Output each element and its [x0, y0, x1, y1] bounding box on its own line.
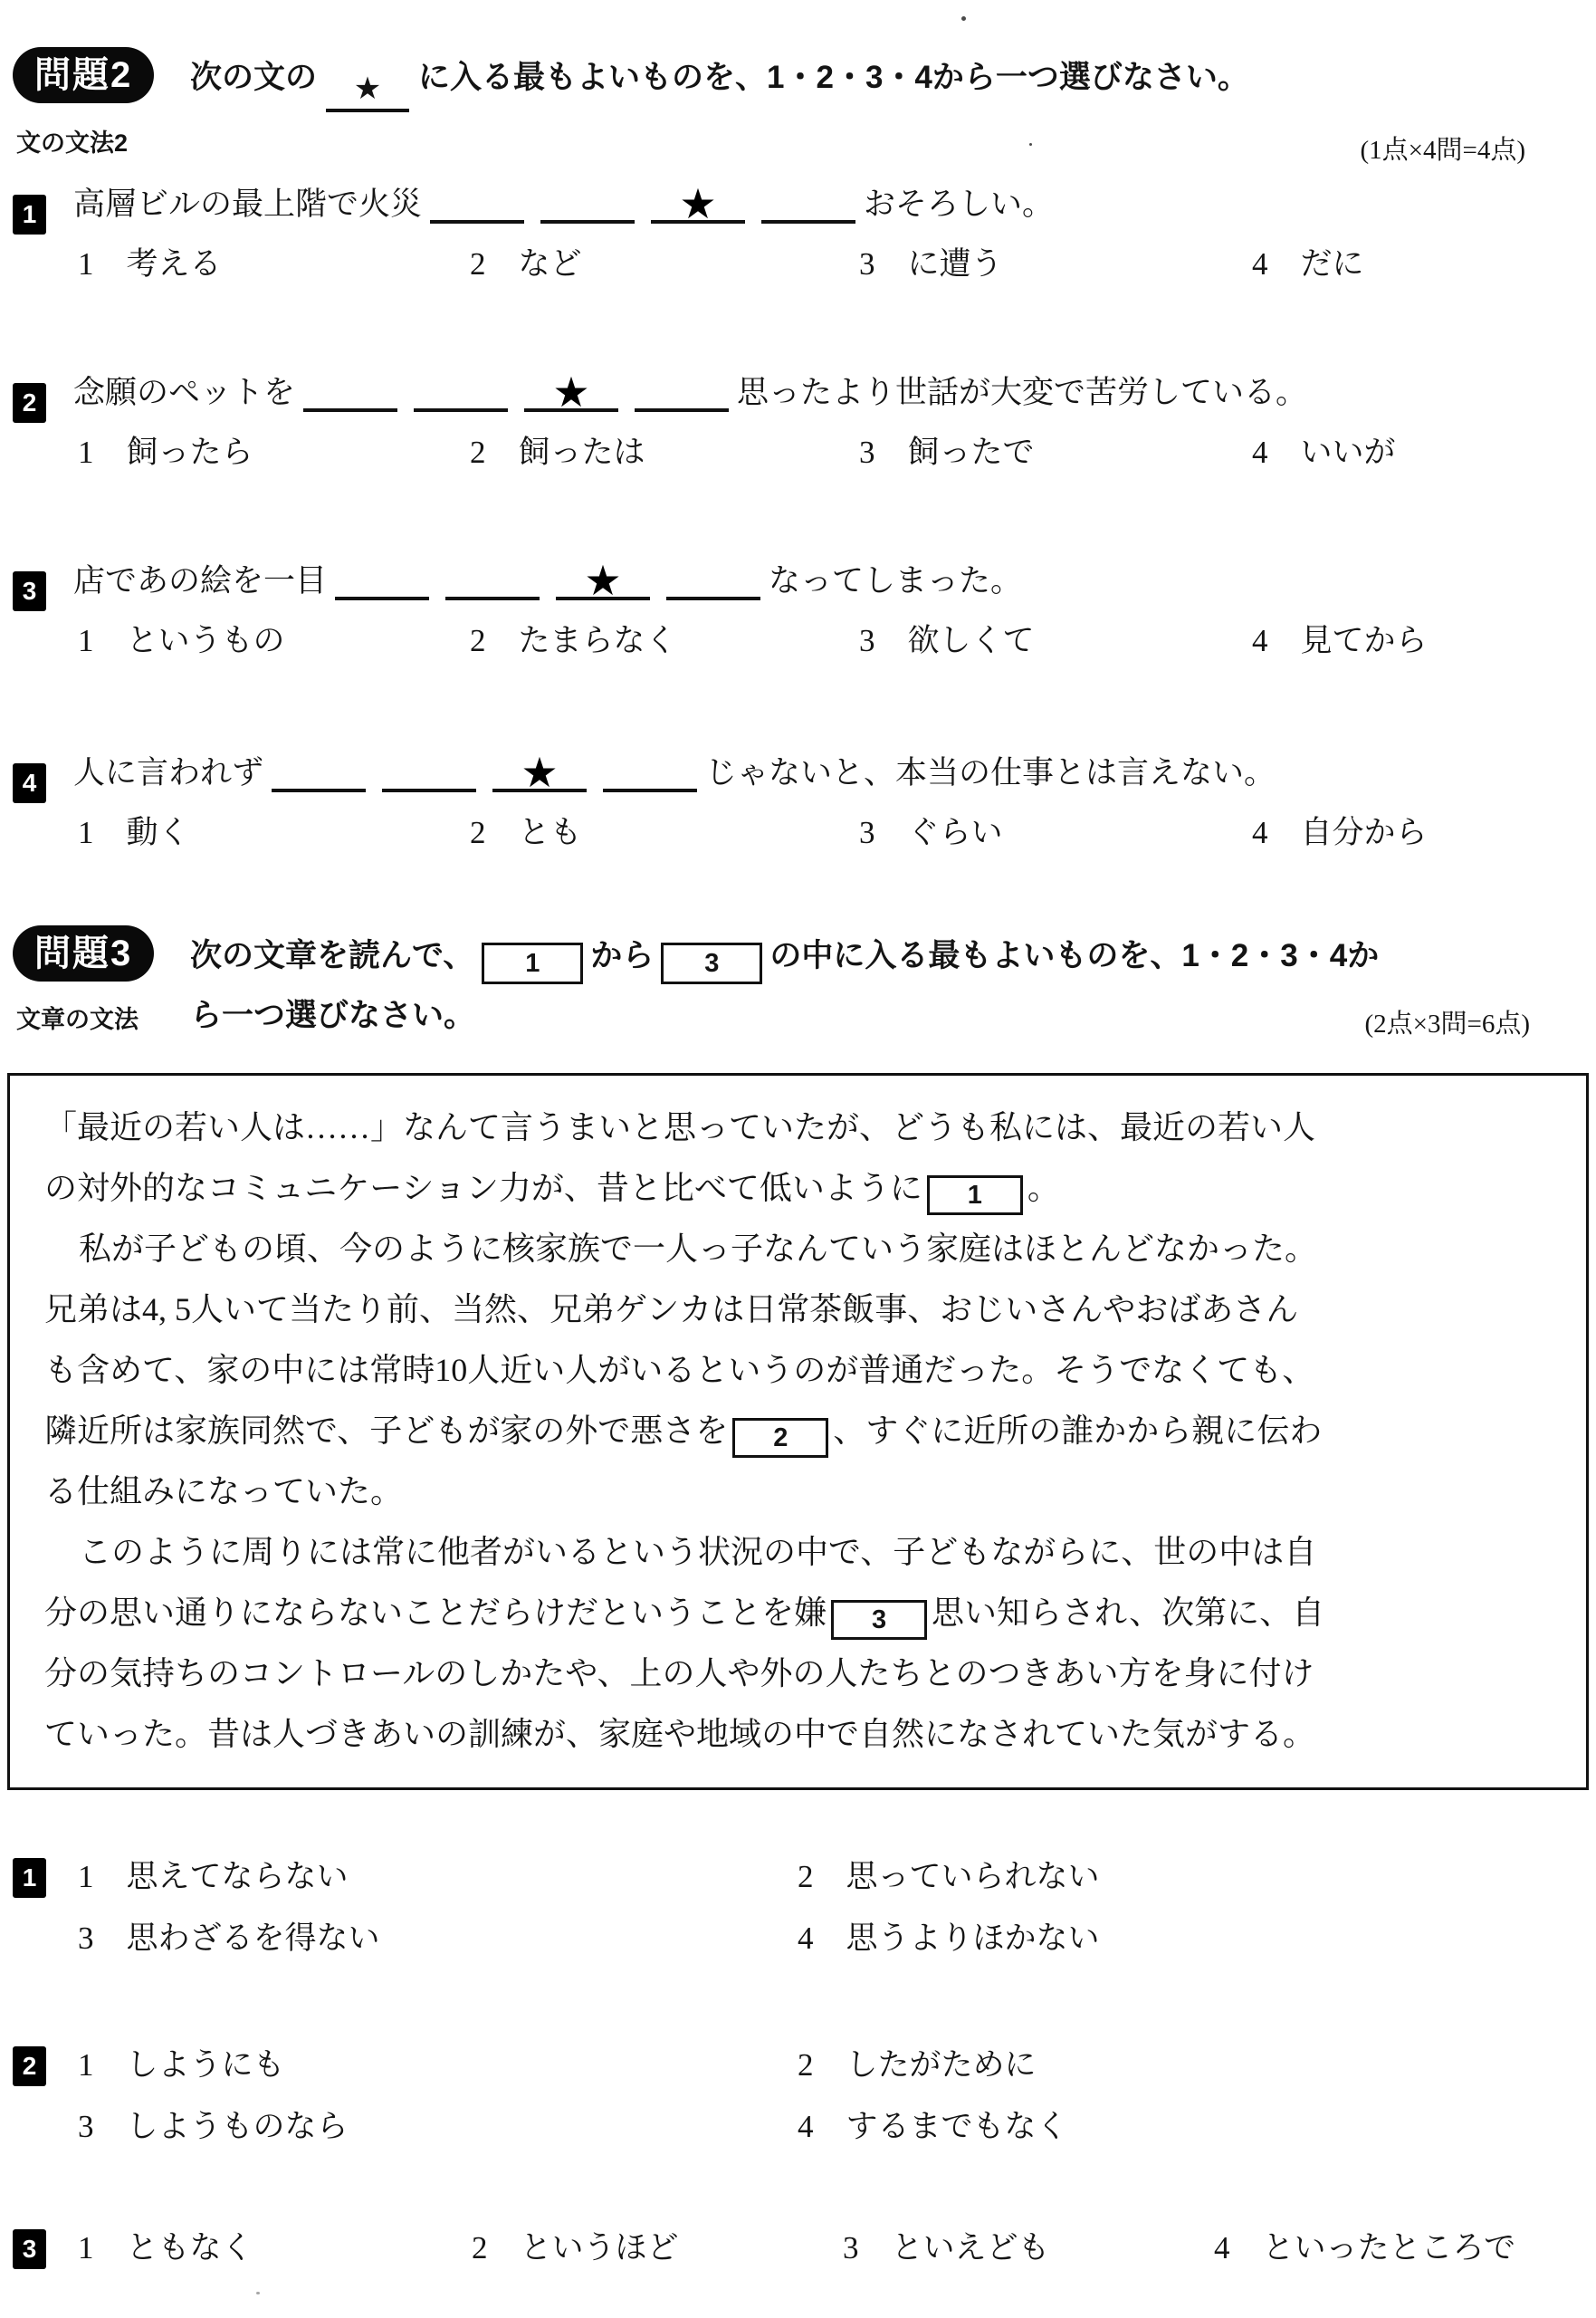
option: 3飼ったで	[859, 431, 1252, 474]
option-number: 2	[470, 243, 486, 286]
passage-segment: 。	[1027, 1170, 1060, 1206]
problem3-instruction-c: の中に入る最もよいものを、1・2・3・4か	[769, 938, 1379, 973]
passage-line: 隣近所は家族同然で、子どもが家の外で悪さを2、すぐに近所の誰かから親に伝わ	[44, 1401, 1559, 1461]
option-number: 3	[859, 431, 875, 474]
option-number: 4	[1214, 2227, 1230, 2269]
option: 2たまらなく	[470, 619, 859, 663]
option: 4自分から	[1252, 811, 1428, 855]
sentence-post: じゃないと、本当の仕事とは言えない。	[705, 755, 1276, 790]
passage-segment: る仕組みになっていた。	[44, 1473, 403, 1509]
option: 2というほど	[472, 2227, 843, 2269]
sentence-post: なってしまった。	[769, 563, 1022, 599]
star-icon: ★	[354, 72, 381, 106]
answer-blank	[540, 182, 635, 224]
star-icon: ★	[584, 560, 621, 602]
passage-segment: ていった。昔は人づきあいの訓練が、家庭や地域の中で自然になされていた気がする。	[44, 1716, 1315, 1752]
range-from-box: 1	[482, 943, 583, 984]
option: 2思っていられない	[798, 1856, 1100, 1898]
passage-segment: 「最近の若い人は……」なんて言うまいと思っていたが、どうも私には、最近の若い人	[44, 1109, 1315, 1145]
answer-blank	[335, 559, 429, 600]
problem3-instruction-a: 次の文章を読んで、	[190, 938, 474, 973]
passage-segment: このように周りには常に他者がいるという状況の中で、子どもながらに、世の中は自	[79, 1534, 1316, 1570]
question-1: 1高層ビルの最上階で火災★おそろしい。1考える2など3に遭う4だに	[13, 181, 1583, 308]
option: 1飼ったら	[78, 431, 470, 474]
problem2-points: (1点×4問=4点)	[1360, 129, 1525, 167]
option: 1ともなく	[78, 2227, 472, 2269]
option: 4するまでもなく	[798, 2106, 1068, 2148]
scan-noise-dot	[256, 2292, 260, 2294]
answer-blank-star: ★	[556, 559, 650, 600]
options-grid: 1しようにも2したがために3しようものなら4するまでもなく	[78, 2045, 1068, 2148]
option-number: 1	[78, 811, 94, 855]
problem2-badge: 問題2	[13, 47, 154, 103]
sentence-post: 思ったより世話が大変で苦労している。	[737, 375, 1307, 410]
option: 2したがために	[798, 2045, 1068, 2086]
passage-box: 「最近の若い人は……」なんて言うまいと思っていたが、どうも私には、最近の若い人の…	[7, 1073, 1589, 1790]
passage-line: の対外的なコミュニケーション力が、昔と比べて低いように1。	[44, 1158, 1559, 1219]
question-number-badge: 3	[13, 2229, 46, 2269]
option-number: 1	[78, 1856, 94, 1898]
answer-blank	[603, 751, 697, 792]
option-number: 3	[859, 243, 875, 286]
question-2: 2念願のペットを★思ったより世話が大変で苦労している。1飼ったら2飼ったは3飼っ…	[13, 369, 1583, 496]
question-number-badge: 2	[13, 2046, 46, 2086]
star-icon: ★	[521, 752, 558, 794]
option-text: いいが	[1301, 435, 1396, 470]
problem3-instruction-b: から	[590, 938, 654, 973]
option: 4といったところで	[1214, 2227, 1515, 2269]
passage-line: る仕組みになっていた。	[44, 1461, 1559, 1522]
question-number-badge: 4	[13, 763, 46, 803]
problem3-sublabel: 文章の文法	[16, 1000, 139, 1035]
passage-text: 「最近の若い人は……」なんて言うまいと思っていたが、どうも私には、最近の若い人の…	[44, 1097, 1559, 1765]
answer-blank	[445, 559, 540, 600]
passage-segment: 、すぐに近所の誰かから親に伝わ	[833, 1413, 1322, 1449]
passage-segment: 兄弟は4, 5人いて当たり前、当然、兄弟ゲンカは日常茶飯事、おじいさんやおばあさ…	[44, 1291, 1298, 1327]
problem3-instruction-line1: 次の文章を読んで、1から3の中に入る最もよいものを、1・2・3・4か	[190, 933, 1379, 984]
problem2-instruction: 次の文の★に入る最もよいものを、1・2・3・4から一つ選びなさい。	[190, 54, 1249, 112]
option-number: 1	[78, 2045, 94, 2086]
problem3-badge: 問題3	[13, 925, 154, 982]
answers-question-1: 11思えてならない2思っていられない3思わざるを得ない4思うよりほかない	[13, 1858, 1583, 1898]
option: 3ぐらい	[859, 811, 1252, 855]
option-number: 1	[78, 431, 94, 474]
star-icon: ★	[552, 372, 589, 414]
option-number: 3	[859, 619, 875, 663]
gap-number-box: 2	[732, 1418, 828, 1458]
problem2-instruction-post: に入る最もよいものを、1・2・3・4から一つ選びなさい。	[418, 60, 1249, 95]
sentence-pre: 店であの絵を一目	[73, 563, 327, 599]
option-text: 動く	[127, 815, 190, 850]
option-number: 2	[798, 1856, 814, 1898]
option: 3思わざるを得ない	[78, 1918, 798, 1959]
option: 4だに	[1252, 243, 1364, 286]
passage-line: も含めて、家の中には常時10人近い人がいるというのが普通だった。そうでなくても、	[44, 1340, 1559, 1401]
option-text: しようものなら	[127, 2109, 349, 2144]
option-number: 2	[472, 2227, 488, 2269]
option-text: など	[519, 246, 582, 282]
question-options: 1というもの2たまらなく3欲しくて4見てから	[78, 619, 1428, 663]
answer-blank	[272, 751, 366, 792]
option-text: するまでもなく	[846, 2109, 1068, 2144]
option-text: 欲しくて	[908, 623, 1035, 658]
answer-blank	[382, 751, 476, 792]
option-text: 思えてならない	[127, 1859, 349, 1894]
option-text: だに	[1301, 246, 1364, 282]
passage-segment: 私が子どもの頃、今のように核家族で一人っ子なんていう家庭はほとんどなかった。	[79, 1231, 1317, 1267]
question-sentence: 1高層ビルの最上階で火災★おそろしい。	[13, 181, 1583, 235]
passage-line: 分の気持ちのコントロールのしかたや、上の人や外の人たちとのつきあい方を身に付け	[44, 1643, 1559, 1704]
option-text: たまらなく	[519, 623, 677, 658]
problem3-instruction-line2: ら一つ選びなさい。	[190, 992, 475, 1039]
answer-blank	[303, 370, 397, 412]
option-text: に遭う	[908, 246, 1003, 282]
answer-blank-star: ★	[524, 370, 618, 412]
passage-segment: 分の思い通りにならないことだらけだということを嫌	[44, 1595, 827, 1631]
option: 2など	[470, 243, 859, 286]
option: 4思うよりほかない	[798, 1918, 1100, 1959]
options-grid: 1思えてならない2思っていられない3思わざるを得ない4思うよりほかない	[78, 1856, 1100, 1959]
option-text: というもの	[127, 623, 285, 658]
option-number: 4	[1252, 243, 1268, 286]
question-number-badge: 3	[13, 571, 46, 611]
problem2-instruction-pre: 次の文の	[190, 60, 317, 95]
option: 1しようにも	[78, 2045, 798, 2086]
problem2-sublabel: 文の文法2	[16, 123, 128, 158]
option-number: 2	[470, 431, 486, 474]
answer-blank	[666, 559, 760, 600]
sentence-pre: 念願のペットを	[73, 375, 295, 410]
option-number: 2	[470, 619, 486, 663]
problem3-points: (2点×3問=6点)	[1364, 1003, 1530, 1040]
question-options: 1飼ったら2飼ったは3飼ったで4いいが	[78, 431, 1396, 474]
question-sentence: 4人に言われず★じゃないと、本当の仕事とは言えない。	[13, 750, 1583, 803]
passage-line: ていった。昔は人づきあいの訓練が、家庭や地域の中で自然になされていた気がする。	[44, 1704, 1559, 1765]
question-3: 3店であの絵を一目★なってしまった。1というもの2たまらなく3欲しくて4見てから	[13, 558, 1583, 685]
option-text: 自分から	[1301, 815, 1428, 850]
worksheet-page: 問題2 次の文の★に入る最もよいものを、1・2・3・4から一つ選びなさい。 文の…	[0, 0, 1596, 2318]
option-text: しようにも	[127, 2047, 285, 2083]
question-number-badge: 1	[13, 1858, 46, 1898]
option-number: 4	[1252, 431, 1268, 474]
sentence-pre: 高層ビルの最上階で火災	[73, 187, 422, 222]
option: 3欲しくて	[859, 619, 1252, 663]
answer-blank	[414, 370, 508, 412]
option-number: 2	[798, 2045, 814, 2086]
option: 1考える	[78, 243, 470, 286]
passage-line: 私が子どもの頃、今のように核家族で一人っ子なんていう家庭はほとんどなかった。	[44, 1219, 1559, 1279]
question-4: 4人に言われず★じゃないと、本当の仕事とは言えない。1動く2とも3ぐらい4自分か…	[13, 750, 1583, 876]
scan-noise-dot	[1029, 143, 1032, 146]
passage-line: このように周りには常に他者がいるという状況の中で、子どもながらに、世の中は自	[44, 1522, 1559, 1583]
option: 4見てから	[1252, 619, 1428, 663]
gap-number-box: 3	[831, 1600, 927, 1640]
option-text: 見てから	[1301, 623, 1428, 658]
option: 2とも	[470, 811, 859, 855]
answer-blank	[761, 182, 855, 224]
option-text: といえども	[892, 2230, 1050, 2265]
option-text: 思うよりほかない	[846, 1920, 1100, 1956]
option-number: 4	[1252, 619, 1268, 663]
sentence-pre: 人に言われず	[73, 755, 263, 790]
passage-segment: 隣近所は家族同然で、子どもが家の外で悪さを	[44, 1413, 728, 1449]
gap-number-box: 1	[927, 1175, 1023, 1215]
answers-question-3: 31ともなく2というほど3といえども4といったところで	[13, 2229, 1583, 2269]
option-text: したがために	[846, 2047, 1037, 2083]
question-number-badge: 2	[13, 383, 46, 423]
option: 1動く	[78, 811, 470, 855]
question-options: 1考える2など3に遭う4だに	[78, 243, 1364, 286]
answer-blank	[635, 370, 729, 412]
option-text: ぐらい	[908, 815, 1003, 850]
star-icon: ★	[679, 184, 716, 225]
star-blank-sample: ★	[326, 67, 409, 112]
question-sentence: 3店であの絵を一目★なってしまった。	[13, 558, 1583, 611]
passage-line: 兄弟は4, 5人いて当たり前、当然、兄弟ゲンカは日常茶飯事、おじいさんやおばあさ…	[44, 1279, 1559, 1340]
option-text: 思っていられない	[846, 1859, 1100, 1894]
option-text: 思わざるを得ない	[127, 1920, 380, 1956]
passage-line: 「最近の若い人は……」なんて言うまいと思っていたが、どうも私には、最近の若い人	[44, 1097, 1559, 1158]
answer-blank-star: ★	[492, 751, 587, 792]
option-number: 4	[1252, 811, 1268, 855]
question-number-badge: 1	[13, 195, 46, 235]
option-text: とも	[519, 815, 582, 850]
option: 1思えてならない	[78, 1856, 798, 1898]
option-number: 1	[78, 619, 94, 663]
answer-blank-star: ★	[651, 182, 745, 224]
scan-noise-dot	[961, 16, 966, 21]
option-text: 考える	[127, 246, 222, 282]
option-number: 1	[78, 243, 94, 286]
answer-blank	[430, 182, 524, 224]
option: 1というもの	[78, 619, 470, 663]
passage-line: 分の思い通りにならないことだらけだということを嫌3思い知らされ、次第に、自	[44, 1583, 1559, 1643]
option-number: 4	[798, 1918, 814, 1959]
option: 3しようものなら	[78, 2106, 798, 2148]
option-text: というほど	[521, 2230, 679, 2265]
option: 3といえども	[843, 2227, 1214, 2269]
option: 3に遭う	[859, 243, 1252, 286]
option-text: 飼ったら	[127, 435, 253, 470]
passage-segment: の対外的なコミュニケーション力が、昔と比べて低いように	[44, 1170, 922, 1206]
answers-question-2: 21しようにも2したがために3しようものなら4するまでもなく	[13, 2046, 1583, 2086]
range-to-box: 3	[661, 943, 762, 984]
sentence-post: おそろしい。	[864, 187, 1054, 222]
option-number: 1	[78, 2227, 94, 2269]
options-grid: 1ともなく2というほど3といえども4といったところで	[78, 2227, 1515, 2269]
option-text: ともなく	[127, 2230, 253, 2265]
option-number: 4	[798, 2106, 814, 2148]
passage-segment: 思い知らされ、次第に、自	[932, 1595, 1324, 1631]
option: 4いいが	[1252, 431, 1396, 474]
option-number: 3	[78, 1918, 94, 1959]
option-text: 飼ったで	[908, 435, 1035, 470]
option-number: 3	[859, 811, 875, 855]
option-text: 飼ったは	[519, 435, 645, 470]
option-number: 3	[843, 2227, 859, 2269]
passage-segment: 分の気持ちのコントロールのしかたや、上の人や外の人たちとのつきあい方を身に付け	[44, 1655, 1314, 1691]
passage-segment: も含めて、家の中には常時10人近い人がいるというのが普通だった。そうでなくても、	[44, 1352, 1314, 1388]
question-sentence: 2念願のペットを★思ったより世話が大変で苦労している。	[13, 369, 1583, 423]
question-options: 1動く2とも3ぐらい4自分から	[78, 811, 1428, 855]
option-number: 3	[78, 2106, 94, 2148]
option-text: といったところで	[1263, 2230, 1516, 2265]
option: 2飼ったは	[470, 431, 859, 474]
option-number: 2	[470, 811, 486, 855]
